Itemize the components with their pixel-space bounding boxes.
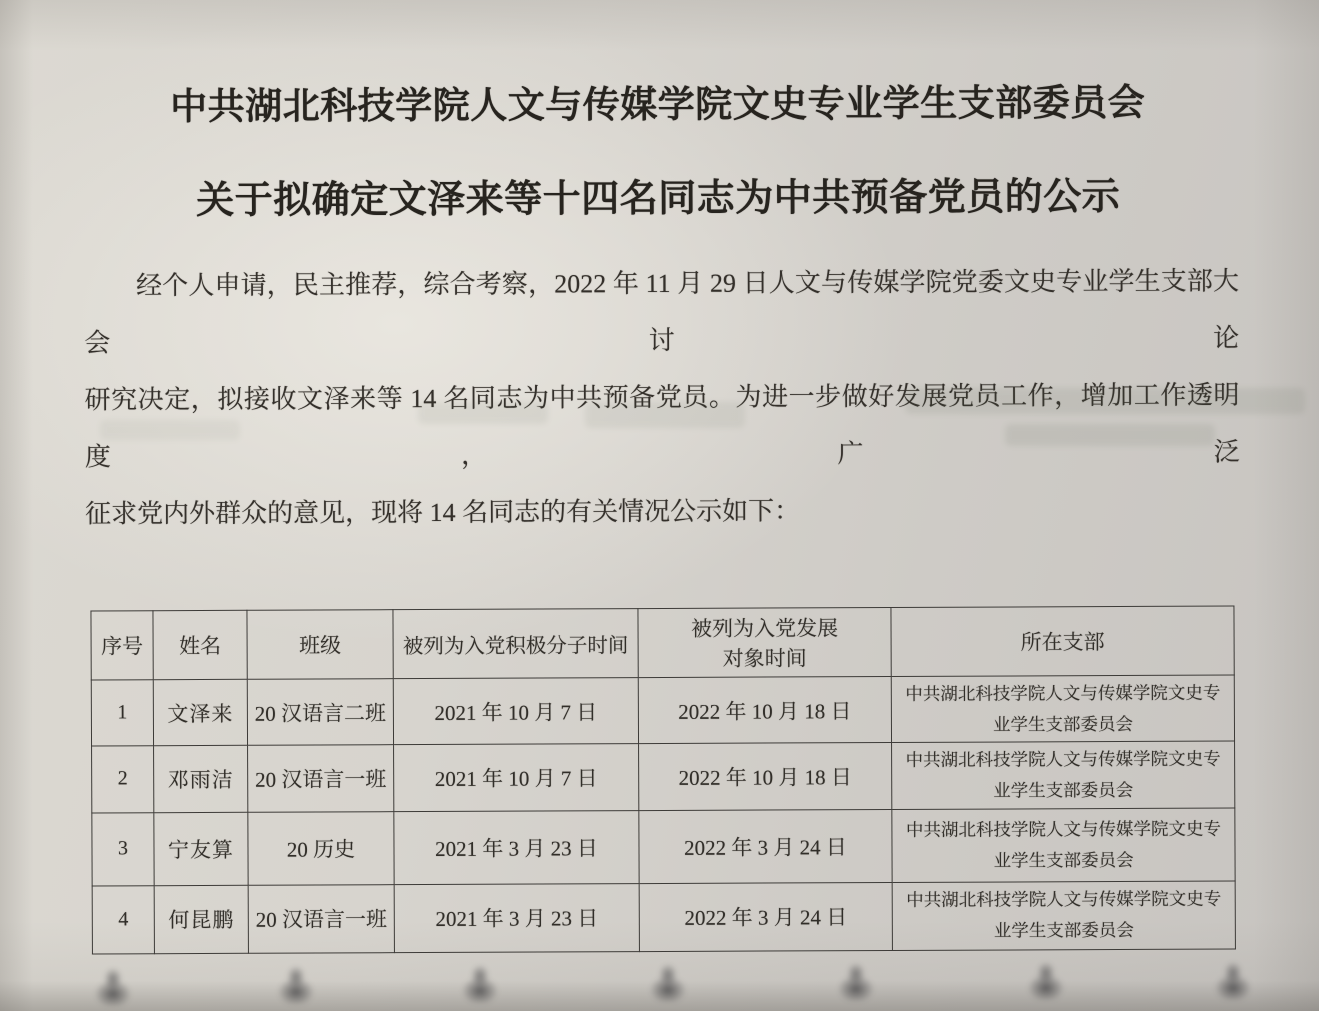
cell-activist-date: 2021 年 3 月 23 日 xyxy=(394,883,639,952)
members-table-wrapper: 序号 姓名 班级 被列为入党积极分子时间 被列为入党发展 对象时间 所在支部 1… xyxy=(90,605,1234,953)
cell-activist-date: 2021 年 10 月 7 日 xyxy=(394,744,639,811)
cell-branch: 中共湖北科技学院人文与传媒学院文史专 业学生支部委员会 xyxy=(891,675,1234,743)
paragraph-line-3: 征求党内外群众的意见，现将 14 名同志的有关情况公示如下： xyxy=(85,480,1240,542)
cell-development-date: 2022 年 3 月 24 日 xyxy=(639,882,892,951)
header-development-date: 被列为入党发展 对象时间 xyxy=(638,607,891,677)
bottom-smudge xyxy=(268,966,324,1004)
document-title-line-2: 关于拟确定文泽来等十四名同志为中共预备党员的公示 xyxy=(0,164,1318,225)
cell-class: 20 汉语言一班 xyxy=(248,745,394,812)
cell-development-date: 2022 年 3 月 24 日 xyxy=(639,809,892,883)
table-row: 2 邓雨洁 20 汉语言一班 2021 年 10 月 7 日 2022 年 10… xyxy=(92,741,1235,812)
document-title-line-1: 中共湖北科技学院人文与传媒学院文史专业学生支部委员会 xyxy=(0,0,1317,131)
cell-name: 何昆鹏 xyxy=(154,885,248,953)
paragraph-line-1: 经个人申请，民主推荐，综合考察，2022 年 11 月 29 日人文与传媒学院党… xyxy=(84,252,1239,371)
bottom-smudge xyxy=(828,963,884,1001)
members-table: 序号 姓名 班级 被列为入党积极分子时间 被列为入党发展 对象时间 所在支部 1… xyxy=(90,605,1235,953)
cell-activist-date: 2021 年 3 月 23 日 xyxy=(394,810,639,884)
document-photo: 中共湖北科技学院人文与传媒学院文史专业学生支部委员会 关于拟确定文泽来等十四名同… xyxy=(0,0,1319,1011)
cell-name: 文泽来 xyxy=(153,679,247,746)
header-name: 姓名 xyxy=(153,610,247,679)
header-class: 班级 xyxy=(247,610,393,680)
cell-name: 邓雨洁 xyxy=(154,746,248,813)
cell-branch: 中共湖北科技学院人文与传媒学院文史专 业学生支部委员会 xyxy=(892,741,1235,809)
cell-serial-number: 4 xyxy=(92,885,154,953)
paper-sheet: 中共湖北科技学院人文与传媒学院文史专业学生支部委员会 关于拟确定文泽来等十四名同… xyxy=(0,0,1319,1011)
cell-serial-number: 1 xyxy=(91,680,153,747)
table-row: 3 宁友算 20 历史 2021 年 3 月 23 日 2022 年 3 月 2… xyxy=(92,807,1235,885)
paragraph-line-2: 研究决定，拟接收文泽来等 14 名同志为中共预备党员。为进一步做好发展党员工作，… xyxy=(84,366,1239,485)
cell-serial-number: 2 xyxy=(92,746,154,813)
table-header-row: 序号 姓名 班级 被列为入党积极分子时间 被列为入党发展 对象时间 所在支部 xyxy=(91,606,1234,680)
announcement-paragraph: 经个人申请，民主推荐，综合考察，2022 年 11 月 29 日人文与传媒学院党… xyxy=(84,252,1240,542)
cell-class: 20 历史 xyxy=(248,811,394,885)
cell-class: 20 汉语言一班 xyxy=(248,884,394,953)
cell-serial-number: 3 xyxy=(92,812,154,885)
cell-development-date: 2022 年 10 月 18 日 xyxy=(639,743,892,810)
cell-development-date: 2022 年 10 月 18 日 xyxy=(638,676,891,743)
table-row: 1 文泽来 20 汉语言二班 2021 年 10 月 7 日 2022 年 10… xyxy=(91,675,1234,746)
table-row: 4 何昆鹏 20 汉语言一班 2021 年 3 月 23 日 2022 年 3 … xyxy=(92,880,1235,953)
bottom-smudge xyxy=(1018,962,1074,1000)
bottom-smudge xyxy=(1205,962,1261,1000)
cell-activist-date: 2021 年 10 月 7 日 xyxy=(393,678,638,745)
cell-branch: 中共湖北科技学院人文与传媒学院文史专 业学生支部委员会 xyxy=(892,880,1235,949)
cell-class: 20 汉语言二班 xyxy=(247,679,393,746)
bottom-smudge xyxy=(85,968,141,1006)
header-serial-number: 序号 xyxy=(91,611,153,680)
cell-name: 宁友算 xyxy=(154,812,248,885)
bottom-smudge xyxy=(452,965,508,1003)
header-activist-date: 被列为入党积极分子时间 xyxy=(393,609,638,679)
cell-branch: 中共湖北科技学院人文与传媒学院文史专 业学生支部委员会 xyxy=(892,807,1235,881)
header-branch: 所在支部 xyxy=(891,606,1234,676)
bottom-smudge xyxy=(640,964,696,1002)
